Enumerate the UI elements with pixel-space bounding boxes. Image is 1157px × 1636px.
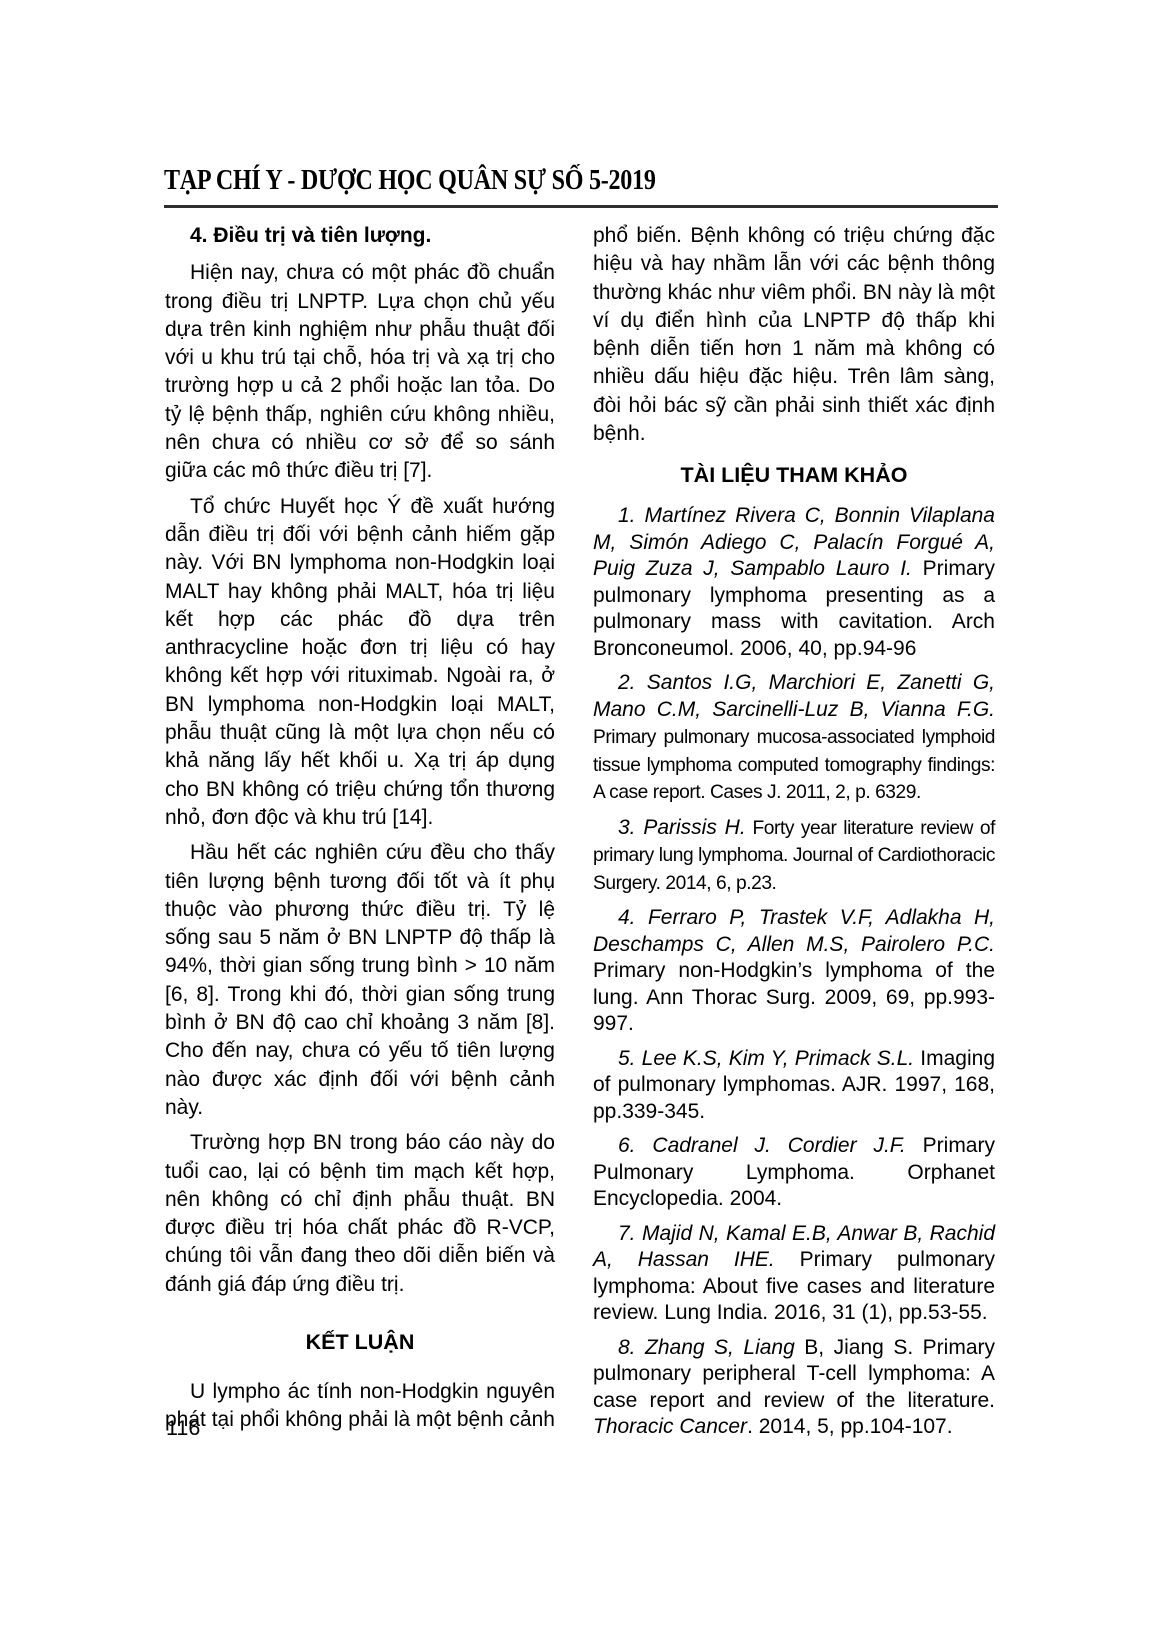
treatment-paragraphs: Hiện nay, chưa có một phác đồ chuẩn tron…	[165, 259, 555, 1299]
references-heading: TÀI LIỆU THAM KHẢO	[593, 461, 995, 489]
left-column: 4. Điều trị và tiên lượng. Hiện nay, chư…	[165, 222, 555, 1442]
reference-text: Primary pulmonary mucosa-associated lymp…	[593, 727, 995, 803]
journal-title: TẠP CHÍ Y - DƯỢC HỌC QUÂN SỰ SỐ 5-2019	[164, 166, 881, 196]
reference-item: 8. Zhang S, Liang B, Jiang S. Primary pu…	[593, 1335, 995, 1441]
body-paragraph: Hiện nay, chưa có một phác đồ chuẩn tron…	[165, 259, 555, 485]
page-header: TẠP CHÍ Y - DƯỢC HỌC QUÂN SỰ SỐ 5-2019	[164, 166, 998, 208]
body-paragraph: Hầu hết các nghiên cứu đều cho thấy tiên…	[165, 839, 555, 1122]
reference-item: 6. Cadranel J. Cordier J.F. Primary Pulm…	[593, 1133, 995, 1213]
references-list: 1. Martínez Rivera C, Bonnin Vilaplana M…	[593, 503, 995, 1441]
continuation-paragraph: phổ biến. Bệnh không có triệu chứng đặc …	[593, 222, 995, 448]
reference-authors: 6. Cadranel J. Cordier J.F.	[618, 1134, 906, 1157]
body-paragraph: Trường hợp BN trong báo cáo này do tuổi …	[165, 1129, 555, 1299]
right-column: phổ biến. Bệnh không có triệu chứng đặc …	[593, 222, 995, 1449]
reference-authors: 5. Lee K.S, Kim Y, Primack S.L.	[618, 1047, 914, 1070]
conclusion-heading: KẾT LUẬN	[165, 1328, 555, 1356]
body-paragraph: Tổ chức Huyết học Ý đề xuất hướng dẫn đi…	[165, 493, 555, 833]
reference-authors: 8. Zhang S, Liang	[618, 1336, 795, 1359]
reference-item: 5. Lee K.S, Kim Y, Primack S.L. Imaging …	[593, 1046, 995, 1126]
reference-authors: 3. Parissis H.	[618, 816, 746, 839]
reference-text: . 2014, 5, pp.104-107.	[747, 1415, 953, 1438]
reference-item: 1. Martínez Rivera C, Bonnin Vilaplana M…	[593, 503, 995, 662]
reference-item: 7. Majid N, Kamal E.B, Anwar B, Rachid A…	[593, 1221, 995, 1327]
reference-item: 4. Ferraro P, Trastek V.F, Adlakha H, De…	[593, 905, 995, 1038]
reference-authors: Thoracic Cancer	[593, 1415, 747, 1438]
reference-item: 2. Santos I.G, Marchiori E, Zanetti G, M…	[593, 670, 995, 807]
journal-page: TẠP CHÍ Y - DƯỢC HỌC QUÂN SỰ SỐ 5-2019 4…	[0, 0, 1157, 1636]
reference-authors: 2. Santos I.G, Marchiori E, Zanetti G, M…	[593, 671, 995, 721]
reference-authors: 4. Ferraro P, Trastek V.F, Adlakha H, De…	[593, 906, 995, 956]
section-heading: 4. Điều trị và tiên lượng.	[165, 222, 555, 250]
reference-text: Primary non-Hodgkin’s lymphoma of the lu…	[593, 959, 995, 1035]
conclusion-paragraph: U lympho ác tính non-Hodgkin nguyên phát…	[165, 1378, 555, 1435]
reference-item: 3. Parissis H. Forty year literature rev…	[593, 815, 995, 898]
page-number: 116	[166, 1416, 200, 1441]
